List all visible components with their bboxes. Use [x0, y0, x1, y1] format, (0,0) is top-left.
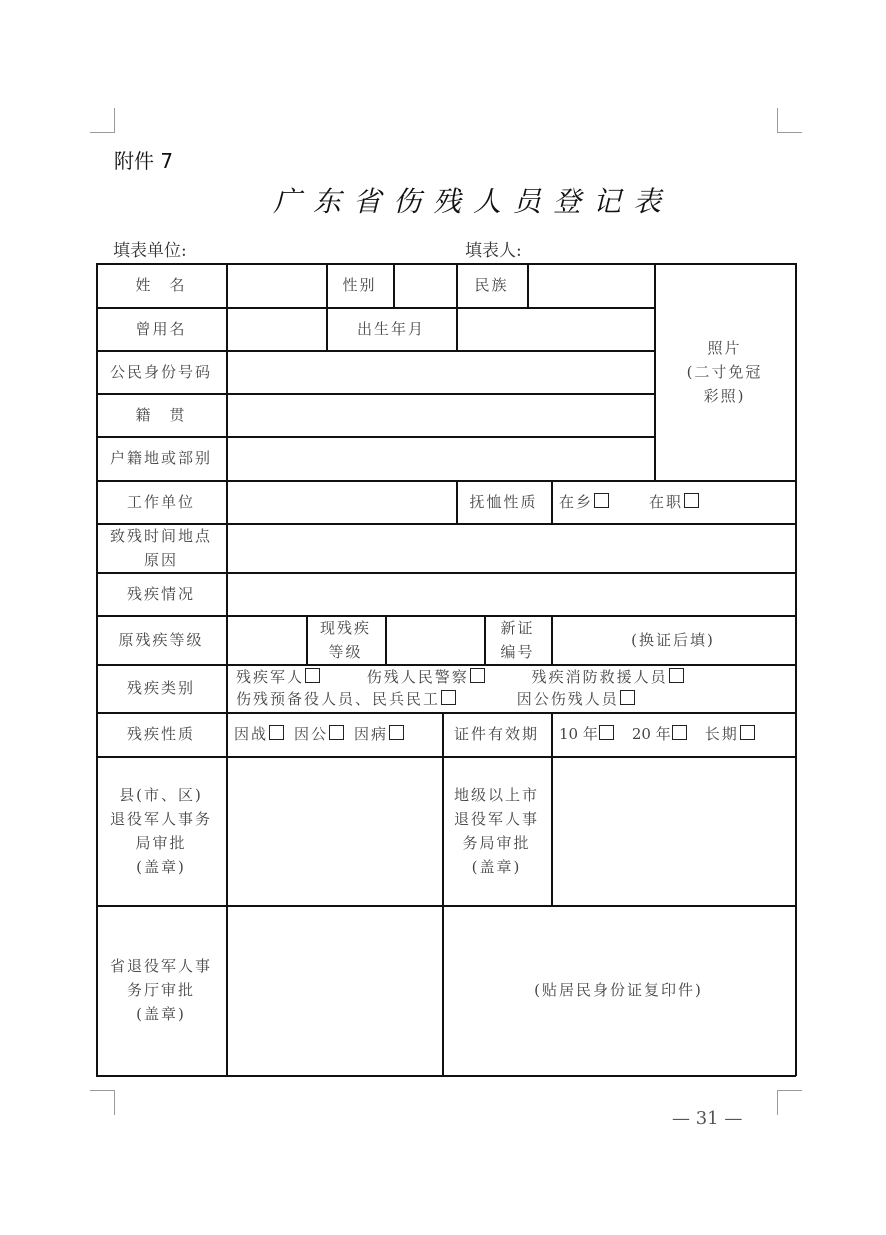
checkbox[interactable] — [740, 725, 755, 740]
cur-level-field[interactable] — [385, 615, 484, 664]
crop-mark-top-left — [90, 108, 115, 133]
gender-label: 性别 — [326, 263, 393, 307]
orig-level-field[interactable] — [226, 615, 306, 664]
table-border — [96, 1075, 796, 1077]
nature-options: 因战 因公 因病 — [226, 712, 442, 756]
checkbox[interactable] — [389, 725, 404, 740]
checkbox[interactable] — [669, 668, 684, 683]
pension-type-options: 在乡 在职 — [551, 480, 795, 523]
id-number-field[interactable] — [226, 350, 654, 393]
photo-label: 照片 — [707, 336, 741, 360]
page-number: — 31 — — [672, 1108, 742, 1129]
condition-field[interactable] — [226, 572, 795, 615]
validity-label: 证件有效期 — [442, 712, 551, 756]
fill-person-label: 填表人: — [465, 236, 522, 261]
city-approval-field[interactable] — [551, 756, 795, 905]
crop-mark-top-right — [777, 108, 802, 133]
page-title: 广东省伤残人员登记表 — [0, 180, 886, 220]
id-copy-area[interactable]: (贴居民身份证复印件) — [442, 905, 795, 1075]
former-name-field[interactable] — [226, 307, 326, 350]
household-field[interactable] — [226, 436, 654, 480]
validity-options: 10 年 20 年 长期 — [551, 712, 795, 756]
crop-mark-bottom-left — [90, 1090, 115, 1115]
nature-option-duty[interactable]: 因公 — [294, 722, 344, 746]
table-border — [795, 263, 797, 1076]
new-cert-field[interactable]: (换证后填) — [551, 615, 795, 664]
pension-option-rural[interactable]: 在乡 — [559, 490, 609, 514]
photo-type-label: 彩照) — [704, 384, 746, 408]
category-option-police[interactable]: 伤残人民警察 — [367, 668, 485, 686]
validity-option-20y[interactable]: 20 年 — [632, 722, 687, 746]
checkbox[interactable] — [599, 725, 614, 740]
photo-box: 照片 (二寸免冠 彩照) — [654, 263, 795, 480]
id-number-label: 公民身份号码 — [96, 350, 226, 393]
province-approval-field[interactable] — [226, 905, 442, 1075]
ethnicity-label: 民族 — [456, 263, 527, 307]
condition-label: 残疾情况 — [96, 572, 226, 615]
checkbox[interactable] — [672, 725, 687, 740]
checkbox[interactable] — [305, 668, 320, 683]
name-label: 姓 名 — [96, 263, 226, 307]
native-place-field[interactable] — [226, 393, 654, 436]
category-options: 残疾军人 伤残人民警察 残疾消防救援人员 伤残预备役人员、民兵民工 因公伤残人员 — [226, 664, 795, 712]
work-unit-label: 工作单位 — [96, 480, 226, 523]
county-approval-field[interactable] — [226, 756, 442, 905]
fill-unit-label: 填表单位: — [113, 236, 187, 261]
gender-field[interactable] — [393, 263, 456, 307]
ethnicity-field[interactable] — [527, 263, 654, 307]
new-cert-label: 新证 编号 — [484, 615, 551, 664]
cause-label: 致残时间地点 原因 — [96, 523, 226, 572]
name-field[interactable] — [226, 263, 326, 307]
household-label: 户籍地或部别 — [96, 436, 226, 480]
crop-mark-bottom-right — [777, 1090, 802, 1115]
checkbox[interactable] — [594, 493, 609, 508]
validity-option-permanent[interactable]: 长期 — [705, 722, 755, 746]
category-option-firefighter[interactable]: 残疾消防救援人员 — [532, 668, 684, 686]
checkbox[interactable] — [684, 493, 699, 508]
photo-size-label: (二寸免冠 — [687, 360, 763, 384]
category-label: 残疾类别 — [96, 664, 226, 712]
attachment-label: 附件 7 — [114, 145, 173, 174]
native-place-label: 籍 贯 — [96, 393, 226, 436]
orig-level-label: 原残疾等级 — [96, 615, 226, 664]
cur-level-label: 现残疾 等级 — [306, 615, 385, 664]
checkbox[interactable] — [441, 690, 456, 705]
nature-label: 残疾性质 — [96, 712, 226, 756]
nature-option-war[interactable]: 因战 — [234, 722, 284, 746]
province-approval-label: 省退役军人事 务厅审批 (盖章) — [96, 905, 226, 1075]
city-approval-label: 地级以上市 退役军人事 务局审批 (盖章) — [442, 756, 551, 905]
nature-option-illness[interactable]: 因病 — [354, 722, 404, 746]
checkbox[interactable] — [470, 668, 485, 683]
birth-field[interactable] — [456, 307, 654, 350]
pension-type-label: 抚恤性质 — [456, 480, 551, 523]
former-name-label: 曾用名 — [96, 307, 226, 350]
category-option-disabled-soldier[interactable]: 残疾军人 — [236, 668, 320, 686]
validity-option-10y[interactable]: 10 年 — [559, 722, 614, 746]
birth-label: 出生年月 — [326, 307, 456, 350]
checkbox[interactable] — [329, 725, 344, 740]
county-approval-label: 县(市、区) 退役军人事务 局审批 (盖章) — [96, 756, 226, 905]
checkbox[interactable] — [620, 690, 635, 705]
checkbox[interactable] — [269, 725, 284, 740]
pension-option-employed[interactable]: 在职 — [649, 490, 699, 514]
cause-field[interactable] — [226, 523, 795, 572]
category-option-work-injury[interactable]: 因公伤残人员 — [517, 690, 635, 708]
work-unit-field[interactable] — [226, 480, 456, 523]
category-option-reserve-militia[interactable]: 伤残预备役人员、民兵民工 — [236, 690, 456, 708]
